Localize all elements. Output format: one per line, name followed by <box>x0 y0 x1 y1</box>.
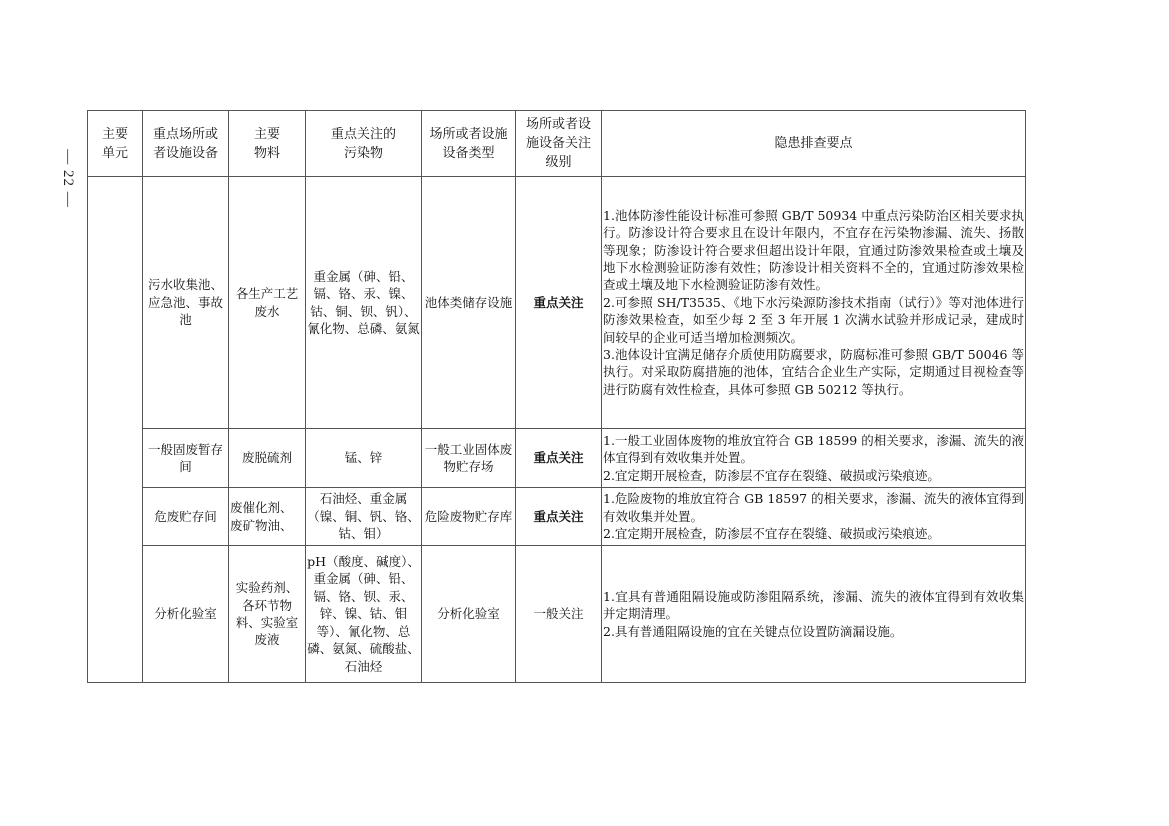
facility-cell: 危废贮存间 <box>143 488 229 546</box>
inspection-points-cell: 1.危险废物的堆放宜符合 GB 18597 的相关要求，渗漏、流失的液体宜得到有… <box>602 488 1026 546</box>
inspection-points-cell: 1.一般工业固体废物的堆放宜符合 GB 18599 的相关要求，渗漏、流失的液体… <box>602 429 1026 488</box>
facility-type-cell: 一般工业固体废物贮存场 <box>422 429 516 488</box>
facility-cell: 一般固废暂存间 <box>143 429 229 488</box>
table-header-row: 主要单元 重点场所或者设施设备 主要物料 重点关注的污染物 场所或者设施设备类型… <box>88 111 1026 177</box>
inspection-points-cell: 1.池体防渗性能设计标准可参照 GB/T 50934 中重点污染防治区相关要求执… <box>602 177 1026 429</box>
material-cell: 实验药剂、各环节物料、实验室废液 <box>229 546 306 683</box>
table-row: 分析化验室 实验药剂、各环节物料、实验室废液 pH（酸度、碱度）、重金属（砷、铅… <box>88 546 1026 683</box>
hazard-inspection-table: 主要单元 重点场所或者设施设备 主要物料 重点关注的污染物 场所或者设施设备类型… <box>87 110 1026 683</box>
inspection-points-cell: 1.宜具有普通阻隔设施或防渗阻隔系统，渗漏、流失的液体宜得到有效收集并定期清理。… <box>602 546 1026 683</box>
pollutants-cell: 石油烃、重金属（镍、铜、钒、铬、钴、钼） <box>306 488 422 546</box>
inspection-point: 2.具有普通阻隔设施的宜在关键点位设置防滴漏设施。 <box>603 623 1024 640</box>
header-inspection-points: 隐患排查要点 <box>602 111 1026 177</box>
page-number-text: — 22 — <box>59 149 76 208</box>
main-unit-cell <box>88 177 143 683</box>
inspection-point: 1.危险废物的堆放宜符合 GB 18597 的相关要求，渗漏、流失的液体宜得到有… <box>603 490 1024 525</box>
material-cell: 废脱硫剂 <box>229 429 306 488</box>
inspection-point: 1.一般工业固体废物的堆放宜符合 GB 18599 的相关要求，渗漏、流失的液体… <box>603 432 1024 467</box>
header-facility-type: 场所或者设施设备类型 <box>422 111 516 177</box>
inspection-point: 1.池体防渗性能设计标准可参照 GB/T 50934 中重点污染防治区相关要求执… <box>603 207 1024 294</box>
table-row: 危废贮存间 废催化剂、废矿物油、 石油烃、重金属（镍、铜、钒、铬、钴、钼） 危险… <box>88 488 1026 546</box>
table-row: 一般固废暂存间 废脱硫剂 锰、锌 一般工业固体废物贮存场 重点关注 1.一般工业… <box>88 429 1026 488</box>
header-main-unit: 主要单元 <box>88 111 143 177</box>
pollutants-cell: 重金属（砷、铅、镉、铬、汞、镍、钴、铜、钡、钒）、氰化物、总磷、氨氮 <box>306 177 422 429</box>
facility-type-cell: 分析化验室 <box>422 546 516 683</box>
page-number: — 22 — <box>52 128 82 228</box>
facility-type-cell: 危险废物贮存库 <box>422 488 516 546</box>
header-material: 主要物料 <box>229 111 306 177</box>
inspection-point: 2.宜定期开展检查，防渗层不宜存在裂缝、破损或污染痕迹。 <box>603 525 1024 542</box>
attention-level-cell: 重点关注 <box>516 429 602 488</box>
attention-level-cell: 重点关注 <box>516 177 602 429</box>
pollutants-cell: 锰、锌 <box>306 429 422 488</box>
facility-cell: 分析化验室 <box>143 546 229 683</box>
inspection-point: 2.可参照 SH/T3535、《地下水污染源防渗技术指南（试行）》等对池体进行防… <box>603 294 1024 346</box>
header-facility: 重点场所或者设施设备 <box>143 111 229 177</box>
facility-cell: 污水收集池、应急池、事故池 <box>143 177 229 429</box>
attention-level-cell: 重点关注 <box>516 488 602 546</box>
header-pollutants: 重点关注的污染物 <box>306 111 422 177</box>
inspection-point: 1.宜具有普通阻隔设施或防渗阻隔系统，渗漏、流失的液体宜得到有效收集并定期清理。 <box>603 588 1024 623</box>
pollutants-cell: pH（酸度、碱度）、重金属（砷、铅、镉、铬、钡、汞、锌、镍、钴、钼等）、氰化物、… <box>306 546 422 683</box>
facility-type-cell: 池体类储存设施 <box>422 177 516 429</box>
attention-level-cell: 一般关注 <box>516 546 602 683</box>
material-cell: 各生产工艺废水 <box>229 177 306 429</box>
inspection-point: 3.池体设计宜满足储存介质使用防腐要求，防腐标准可参照 GB/T 50046 等… <box>603 346 1024 398</box>
material-cell: 废催化剂、废矿物油、 <box>229 488 306 546</box>
table-row: 污水收集池、应急池、事故池 各生产工艺废水 重金属（砷、铅、镉、铬、汞、镍、钴、… <box>88 177 1026 429</box>
inspection-point: 2.宜定期开展检查，防渗层不宜存在裂缝、破损或污染痕迹。 <box>603 467 1024 484</box>
header-attention-level: 场所或者设施设备关注级别 <box>516 111 602 177</box>
